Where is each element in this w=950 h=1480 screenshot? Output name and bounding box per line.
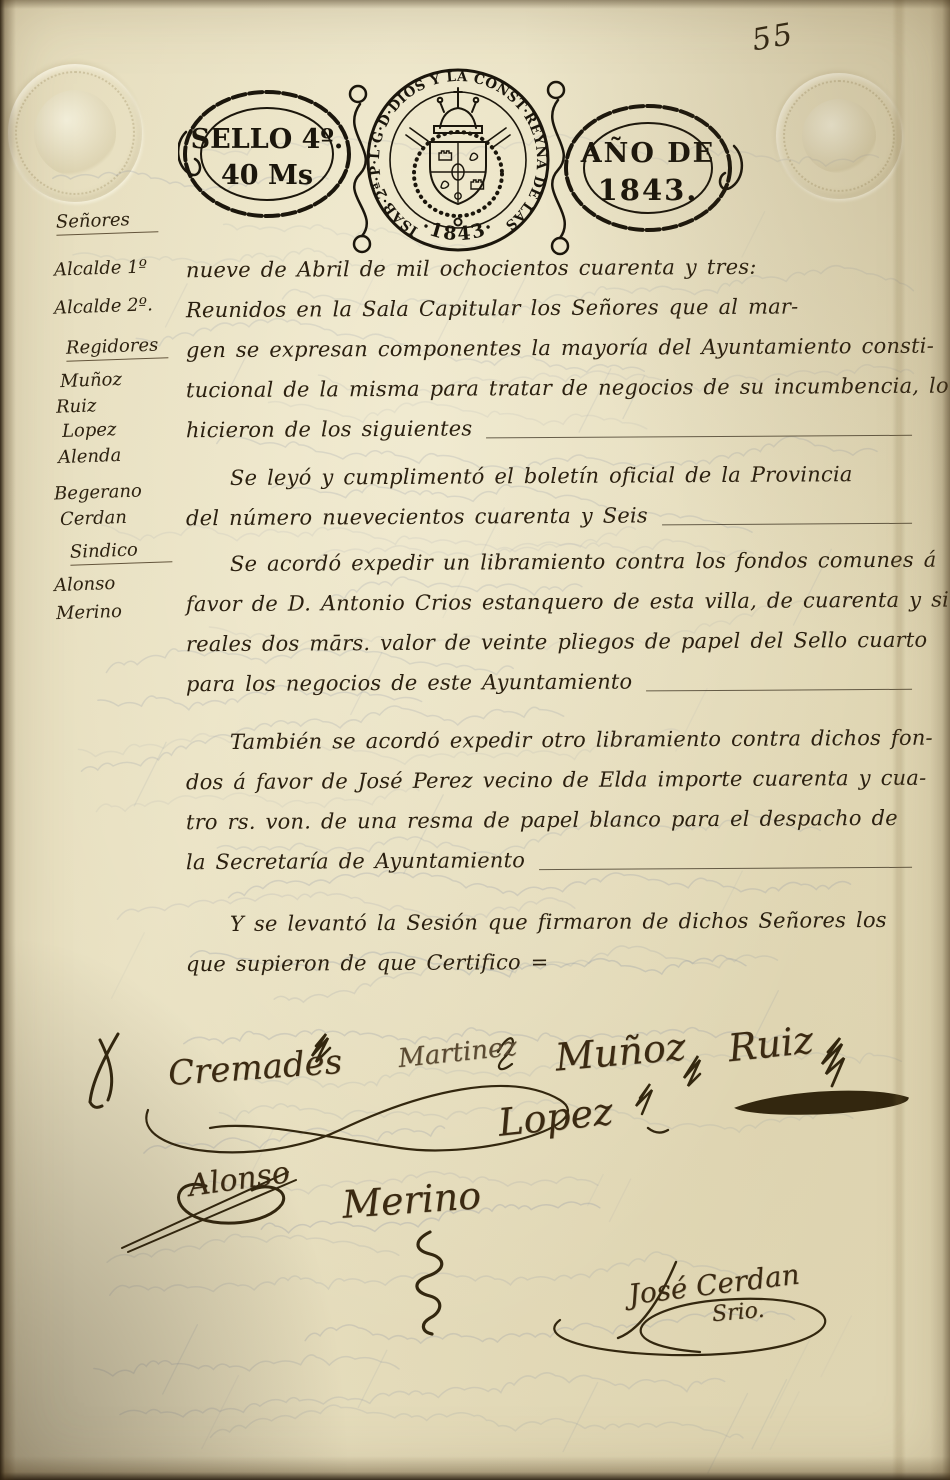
signature-cerdan-title: Srio. <box>711 1298 765 1327</box>
signature-ruiz: Ruiz <box>726 1018 815 1071</box>
signature-rubrics <box>0 0 950 1480</box>
manuscript-scan-page: 55 <box>0 0 950 1480</box>
